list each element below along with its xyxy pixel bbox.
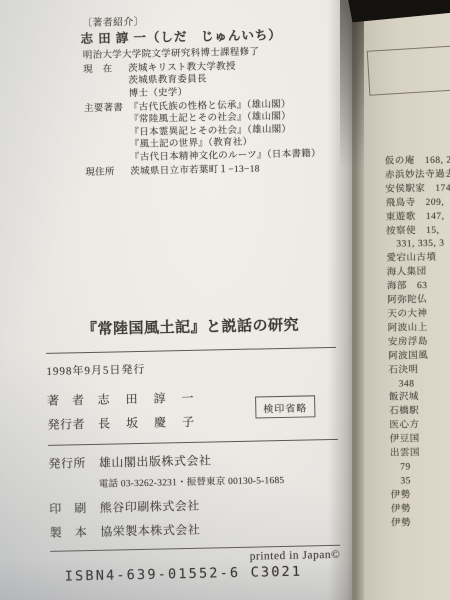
index-entry: 仮の庵 168, 2 — [385, 154, 450, 169]
index-entry: 飯沢城 — [389, 391, 450, 406]
index-entry: 赤浜妙法寺過去 — [385, 168, 450, 183]
index-entry: 海部 63 — [387, 279, 450, 294]
index-entry: 石橋駅 — [389, 405, 450, 420]
publisher-value: 雄山閣出版株式会社 — [99, 451, 212, 470]
index-entry: 伊勢 — [391, 502, 450, 517]
index-entry: 石決明 — [388, 363, 450, 378]
issue-date: 1998年9月5日発行 — [46, 357, 336, 379]
colophon-main-block: 『常陸国風土記』と説話の研究 1998年9月5日発行 著 者 志 田 諄 一 発… — [45, 313, 341, 585]
issuer-value: 長 坂 慶 子 — [98, 413, 196, 432]
works-row: 主要著書 『古代氏族の性格と伝承』（雄山閣）『常陸風土記とその社会』（雄山閣）『… — [84, 97, 340, 165]
outlined-box — [367, 45, 450, 96]
book-title: 『常陸国風土記』と説話の研究 — [45, 313, 335, 340]
index-entry: 35 — [390, 474, 450, 489]
divider-line — [48, 439, 338, 446]
publisher-label: 発行所 — [48, 454, 86, 472]
printer-row: 印 刷 熊谷印刷株式会社 — [49, 494, 339, 517]
colophon-page: 〔著者紹介〕 志 田 諄 一（しだ じゅんいち） 明治大学大学院文学研究科博士課… — [0, 0, 352, 600]
book-photo: 〔著者紹介〕 志 田 諄 一（しだ じゅんいち） 明治大学大学院文学研究科博士課… — [0, 0, 450, 600]
works-label: 主要著書 — [84, 102, 130, 166]
binder-label: 製 本 — [50, 523, 88, 541]
index-entry-list: 仮の庵 168, 2赤浜妙法寺過去安侯駅家 174飛鳥寺 209,東遊歌 147… — [385, 154, 450, 531]
index-entry: 伊勢 — [391, 488, 450, 503]
stamp-omitted-box: 検印省略 — [255, 395, 315, 418]
publisher-row: 発行所 雄山閣出版株式会社 — [48, 449, 338, 472]
index-entry: 伊豆国 — [390, 432, 450, 447]
author-intro-block: 〔著者紹介〕 志 田 諄 一（しだ じゅんいち） 明治大学大学院文学研究科博士課… — [82, 13, 340, 179]
current-position-label: 現 在 — [83, 63, 129, 102]
index-entry: 東遊歌 147, — [386, 210, 450, 225]
isbn-code: ISBN4-639-01552-6 C3021 — [65, 563, 341, 585]
index-entry: 331, 335, 3 — [386, 238, 450, 253]
index-page: 仮の庵 168, 2赤浜妙法寺過去安侯駅家 174飛鳥寺 209,東遊歌 147… — [352, 0, 450, 600]
binder-value: 協栄製本株式会社 — [100, 521, 200, 540]
author-name-kana: 志 田 諄 一（しだ じゅんいち） — [80, 27, 337, 45]
index-entry: 阿波国風 — [388, 349, 450, 364]
works-list: 『古代氏族の性格と伝承』（雄山閣）『常陸風土記とその社会』（雄山閣）『日本霊異記… — [129, 97, 340, 164]
printer-value: 熊谷印刷株式会社 — [100, 497, 200, 516]
binder-row: 製 本 協栄製本株式会社 — [50, 518, 340, 541]
author-label: 著 者 — [47, 391, 85, 409]
current-position-row: 現 在 茨城キリスト教大学教授茨城県教育委員長博士（史学） — [83, 59, 339, 102]
index-entry: 伊勢 — [391, 516, 450, 531]
index-entry: 医心方 — [389, 419, 450, 434]
index-entry: 海人集団 — [387, 266, 450, 281]
current-position-list: 茨城キリスト教大学教授茨城県教育委員長博士（史学） — [128, 59, 339, 101]
index-entry: 安侯駅家 174 — [385, 182, 450, 197]
index-entry: 79 — [390, 460, 450, 475]
index-entry: 飛鳥寺 209, — [385, 196, 450, 211]
index-entry: 阿弥陀仏 — [387, 293, 450, 308]
divider-line — [46, 347, 336, 354]
printer-label: 印 刷 — [49, 499, 87, 517]
index-entry: 安房浮島 — [388, 335, 450, 350]
address-label: 現住所 — [85, 166, 130, 180]
gutter-top-shadow — [340, 0, 364, 170]
issuer-label: 発行者 — [47, 415, 85, 433]
publisher-contact: 電話 03-3262-3231・振替東京 00130-5-1685 — [99, 471, 339, 490]
index-entry: 出雲国 — [390, 446, 450, 461]
index-entry: 天の大神 — [387, 307, 450, 322]
index-entry: 348 — [389, 377, 450, 392]
colophon-content: 〔著者紹介〕 志 田 諄 一（しだ じゅんいち） 明治大学大学院文学研究科博士課… — [0, 0, 358, 600]
index-entry: 按察使 15, — [386, 224, 450, 239]
index-entry: 阿波山上 — [388, 321, 450, 336]
author-value: 志 田 諄 一 — [97, 389, 195, 408]
index-entry: 愛宕山古墳 — [386, 252, 450, 267]
address-value: 茨城県日立市若葉町１−13−18 — [130, 163, 260, 178]
